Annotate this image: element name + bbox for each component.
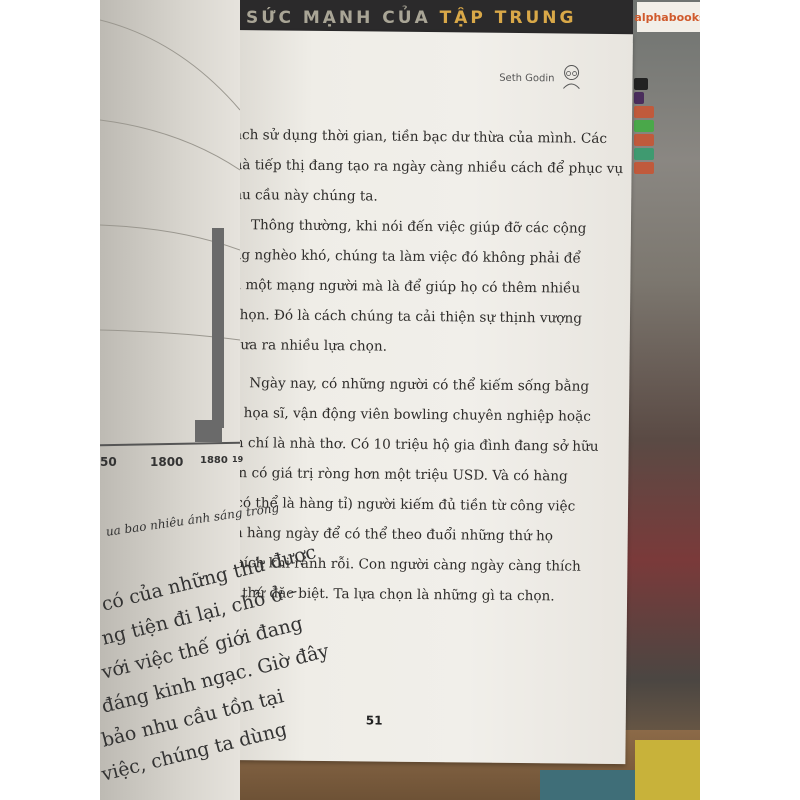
text-line: (có thể là hàng tỉ) người kiếm đủ tiền t… — [228, 488, 628, 522]
axis-tick: 1800 — [150, 455, 183, 469]
chart-bar — [212, 228, 224, 428]
text-line: m chí là nhà thơ. Có 10 triệu hộ gia đìn… — [229, 428, 629, 462]
text-line: nu cầu này chúng ta. — [231, 180, 631, 214]
cover-title: SỨC MẠNH CỦA TẬP TRUNG — [246, 8, 576, 28]
page-number: 51 — [366, 713, 383, 727]
cover-title-normal: SỨC MẠNH CỦA — [246, 8, 440, 28]
running-head: Seth Godin — [499, 73, 554, 85]
left-page-text: có của những thứ được ng tiện đi lại, ch… — [102, 590, 335, 794]
body-text: ách sử dụng thời gian, tiền bạc dư thừa … — [227, 120, 632, 612]
axis-tick: 19 — [232, 455, 243, 464]
left-page: 50 1800 1880 19 ua bao nhiêu ánh sáng tr… — [100, 0, 240, 800]
text-line: Thông thường, khi nói đến việc giúp đỡ c… — [231, 210, 631, 244]
text-line: chọn. Đó là cách chúng ta cải thiện sự t… — [230, 300, 630, 334]
text-line: đưa ra nhiều lựa chọn. — [230, 330, 630, 364]
chart-bar — [195, 420, 222, 442]
text-line: u một mạng người mà là để giúp họ có thê… — [230, 270, 630, 304]
text-line: ế họa sĩ, vận động viên bowling chuyên n… — [229, 398, 629, 432]
chart-axis — [100, 442, 240, 446]
book-photo: SỨC MẠNH CỦA TẬP TRUNG alphabooks Seth G… — [100, 0, 700, 800]
text-line: hà tiếp thị đang tạo ra ngày càng nhiều … — [231, 150, 631, 184]
author-portrait-icon — [560, 63, 582, 89]
text-line: ản có giá trị ròng hơn một triệu USD. Và… — [228, 458, 628, 492]
axis-tick: 1880 — [200, 455, 228, 466]
cover-title-accent: TẬP TRUNG — [440, 8, 577, 28]
publisher-name: alphabooks — [634, 11, 700, 24]
background-object — [540, 770, 640, 800]
publisher-logo: alphabooks — [637, 2, 700, 32]
axis-tick: 50 — [100, 455, 117, 469]
text-line: ách sử dụng thời gian, tiền bạc dư thừa … — [232, 120, 632, 154]
book-spines — [634, 78, 654, 228]
text-line: ng nghèo khó, chúng ta làm việc đó không… — [230, 240, 630, 274]
text-line: Ngày nay, có những người có thể kiếm sốn… — [229, 368, 629, 402]
background-book — [635, 740, 700, 800]
